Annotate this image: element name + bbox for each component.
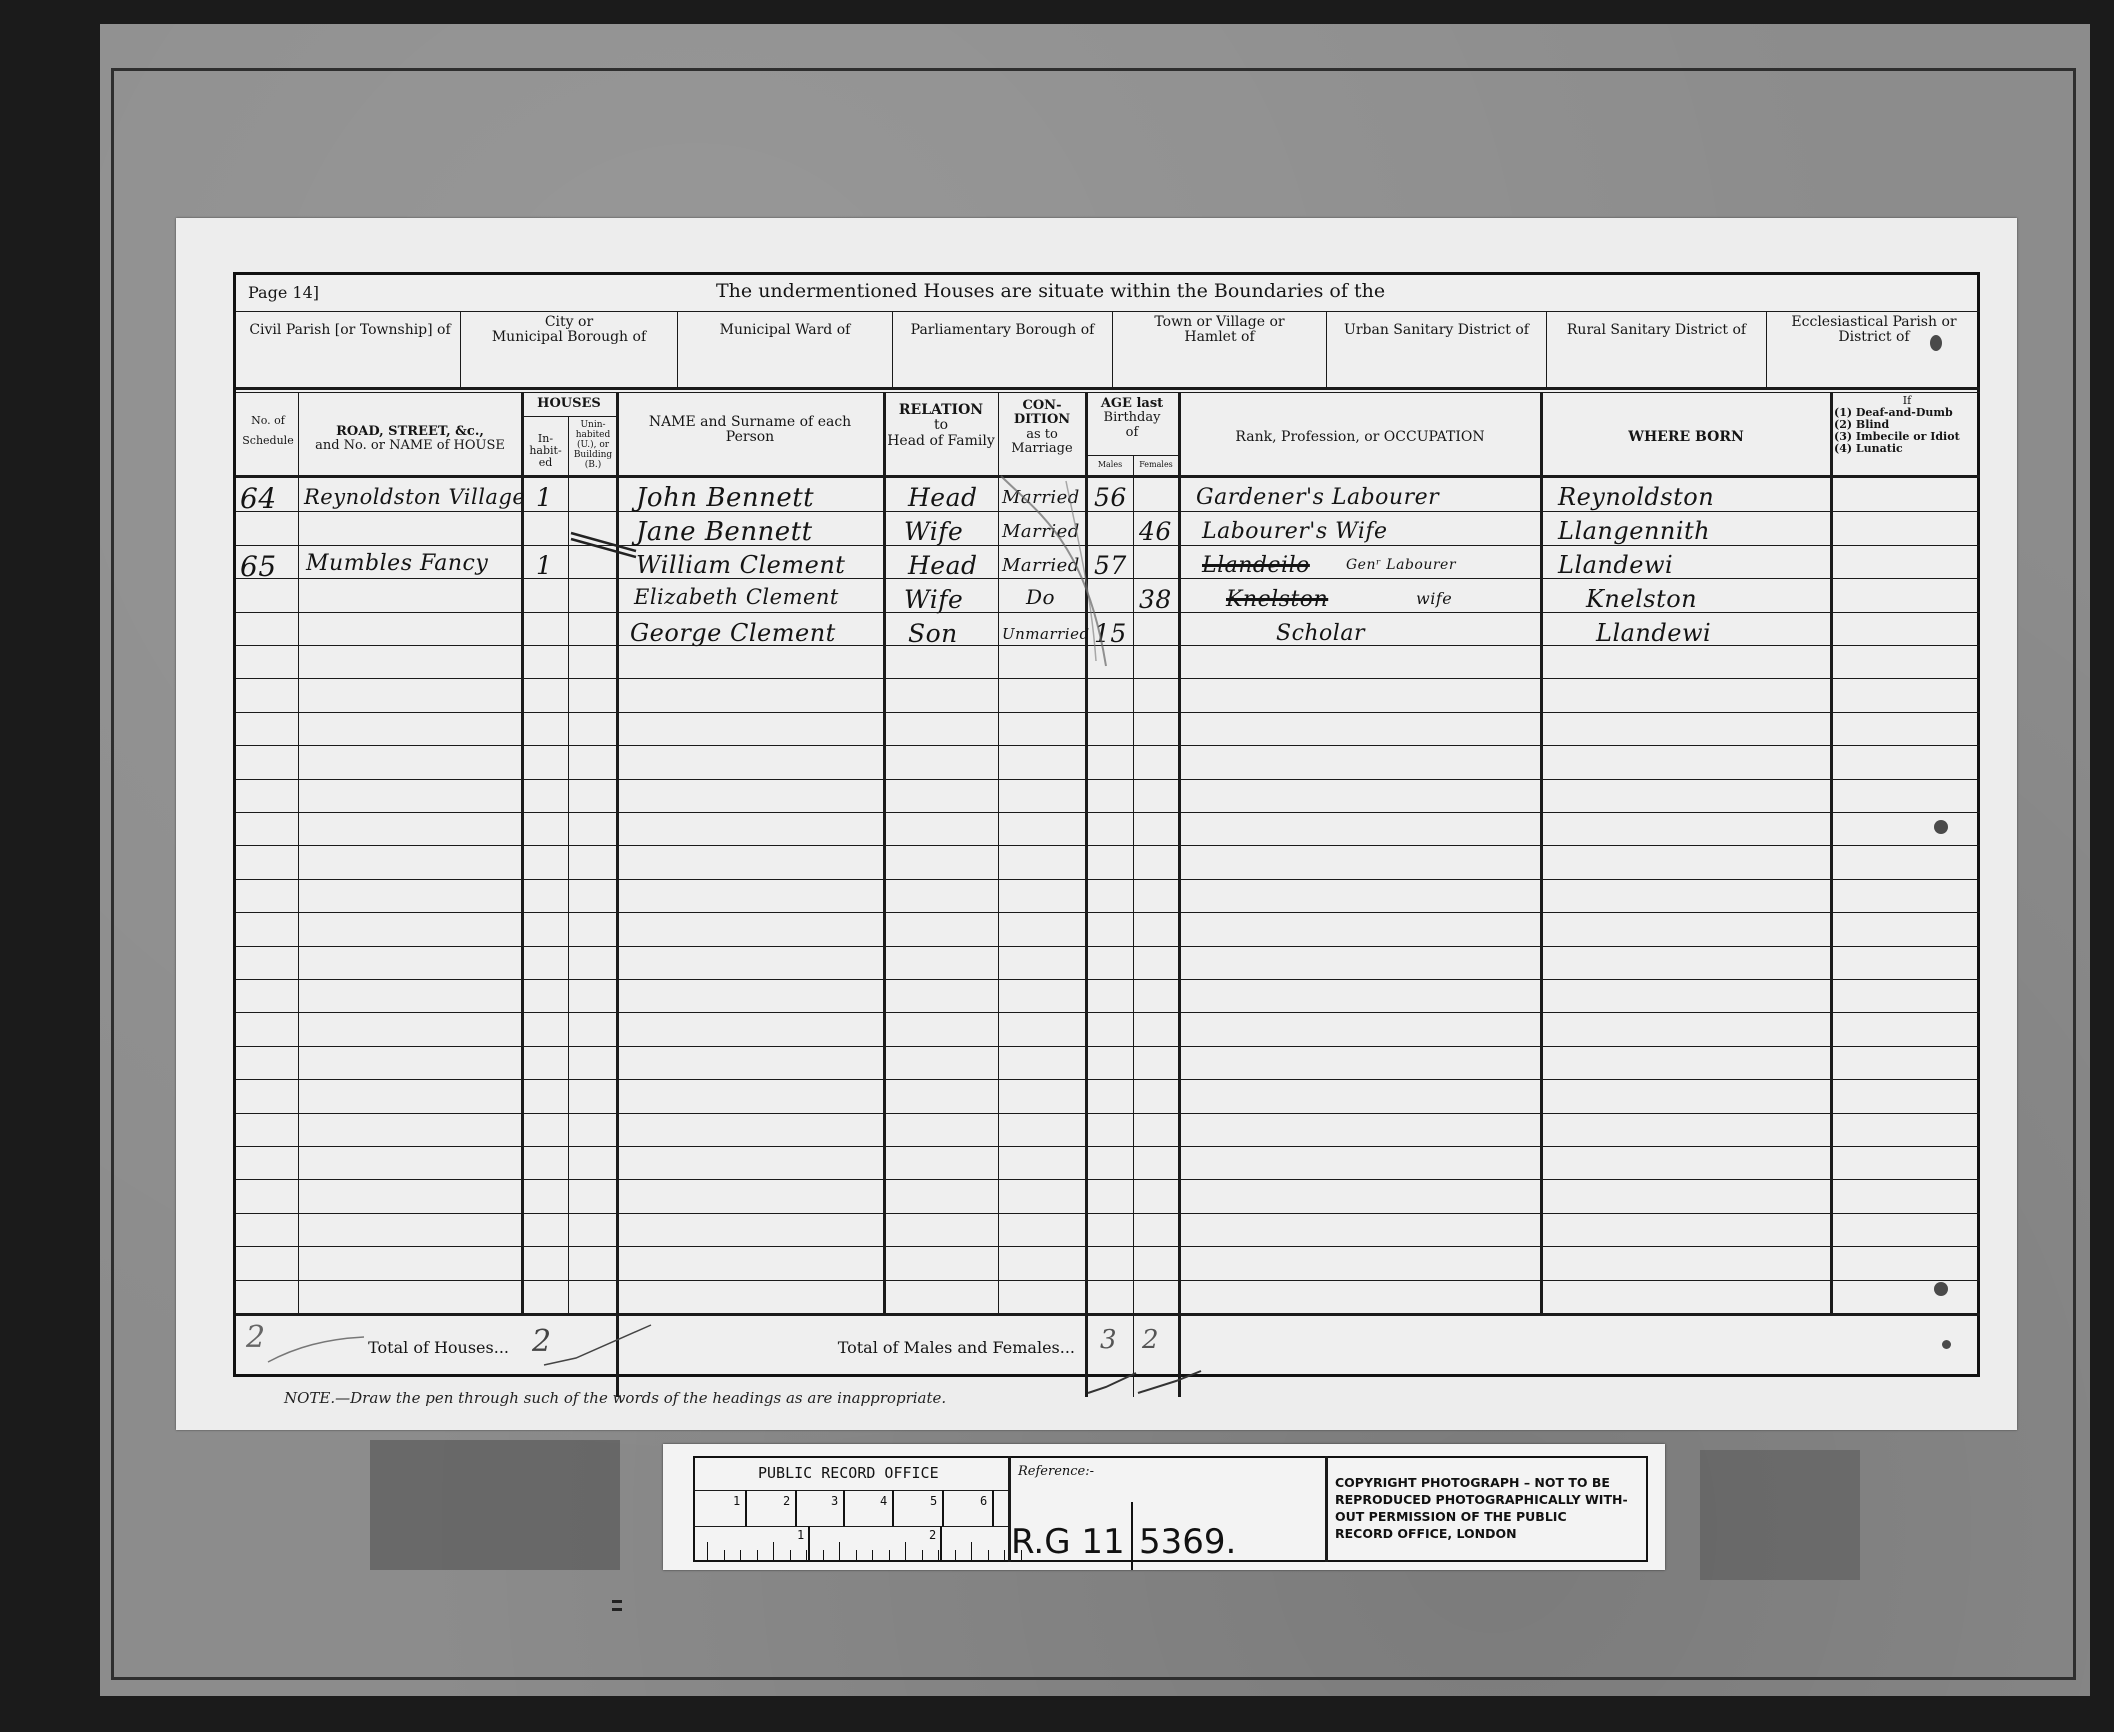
row-rule	[236, 712, 1980, 713]
ditto-marks	[566, 521, 646, 561]
board-mark	[612, 1608, 622, 1611]
occupation: Scholar	[1276, 623, 1365, 645]
row-rule	[236, 1246, 1980, 1247]
header-line: (B.)	[570, 461, 616, 471]
ruler-tick	[988, 1550, 989, 1562]
row-rule	[236, 1146, 1980, 1147]
scale-division	[992, 1490, 994, 1526]
occupation: Genʳ Labourer	[1346, 558, 1456, 572]
row-rule	[236, 1113, 1980, 1114]
total-houses-label: Total of Houses...	[368, 1339, 509, 1357]
copyright-notice: COPYRIGHT PHOTOGRAPH – NOT TO BE REPRODU…	[1335, 1474, 1628, 1542]
label-line: City or	[462, 315, 676, 330]
header-line: Schedule	[238, 435, 298, 447]
header-line: Head of Family	[885, 434, 997, 449]
road-name: Reynoldston Village	[304, 487, 525, 508]
relation: Head	[908, 553, 978, 578]
divider	[677, 311, 678, 389]
tally-stroke	[266, 1327, 366, 1367]
schedule-number: 64	[240, 485, 277, 513]
occupation: wife	[1416, 591, 1452, 607]
row-rule	[236, 1046, 1980, 1047]
birthplace: Knelston	[1586, 587, 1697, 611]
scale-division	[892, 1490, 894, 1526]
header-line: Birthday	[1087, 411, 1177, 425]
ruler-tick	[905, 1542, 906, 1562]
copyright-line: COPYRIGHT PHOTOGRAPH – NOT TO BE	[1335, 1474, 1628, 1491]
page-label: Page 14]	[248, 284, 319, 302]
relation: Head	[908, 485, 978, 510]
row-rule	[236, 779, 1980, 780]
row-rule	[236, 879, 1980, 880]
reference-series: R.G 11	[1011, 1522, 1125, 1562]
label-line: Municipal Borough of	[462, 330, 676, 345]
label-line: Ecclesiastical Parish or	[1768, 315, 1980, 330]
ruler-tick	[938, 1550, 939, 1562]
uninhabited-header: Unin- habited (U.), or Building (B.)	[570, 421, 616, 470]
parliamentary-borough-label: Parliamentary Borough of	[894, 323, 1111, 338]
scale-number: 2	[783, 1494, 790, 1508]
header-line: ROAD, STREET, &c.,	[300, 425, 520, 439]
birthplace: Llandewi	[1558, 553, 1673, 577]
ruler-tick	[856, 1550, 857, 1562]
row-rule	[236, 912, 1980, 913]
divider	[521, 392, 524, 1313]
ecclesiastical-parish-label: Ecclesiastical Parish or District of	[1768, 315, 1980, 346]
scale-number: 1	[733, 1494, 740, 1508]
relation: Wife	[904, 519, 963, 544]
occupation: Gardener's Labourer	[1196, 487, 1439, 509]
row-rule	[236, 745, 1980, 746]
age-header: AGE last Birthday of	[1087, 397, 1177, 440]
ruler-tick	[872, 1550, 873, 1562]
copyright-line: REPRODUCED PHOTOGRAPHICALLY WITH-	[1335, 1491, 1628, 1508]
birthplace: Llangennith	[1558, 519, 1710, 543]
males-header: Males	[1087, 461, 1133, 470]
header-line: to	[885, 418, 997, 433]
relation: Son	[908, 621, 958, 646]
divider	[1085, 455, 1178, 456]
ruler-tick	[806, 1550, 807, 1562]
board-stain	[1700, 1450, 1860, 1580]
scale-division	[808, 1526, 810, 1562]
rural-sanitary-label: Rural Sanitary District of	[1548, 323, 1765, 338]
header-line: No. of	[238, 415, 298, 427]
occupation-struck: Knelston	[1226, 589, 1328, 611]
occupation: Labourer's Wife	[1202, 521, 1388, 543]
copyright-line: RECORD OFFICE, LONDON	[1335, 1525, 1628, 1542]
office-name: PUBLIC RECORD OFFICE	[758, 1464, 939, 1482]
city-borough-label: City or Municipal Borough of	[462, 315, 676, 346]
header-line: Person	[618, 430, 882, 445]
person-name: John Bennett	[636, 485, 814, 511]
ruler-tick	[740, 1550, 741, 1562]
divider	[693, 1526, 1008, 1527]
archive-reference-label: PUBLIC RECORD OFFICE 1 2 3 4 5 6 1 2 Ref…	[663, 1444, 1665, 1570]
ruler-tick	[922, 1550, 923, 1562]
total-persons-label: Total of Males and Females...	[838, 1339, 1075, 1357]
ruler-tick	[790, 1550, 791, 1562]
tick-stroke	[1076, 1365, 1206, 1395]
name-header: NAME and Surname of each Person	[618, 415, 882, 446]
header-line: RELATION	[885, 403, 997, 418]
row-rule	[236, 845, 1980, 846]
header-line: CON-	[1000, 399, 1084, 413]
condition-header: CON- DITION as to Marriage	[1000, 399, 1084, 456]
board-mark	[612, 1600, 622, 1603]
paper-blemish	[1942, 1340, 1951, 1349]
divider	[1326, 311, 1327, 389]
divider	[693, 1490, 1008, 1491]
ruler-tick	[839, 1542, 840, 1562]
inhabited-count: 1	[536, 485, 552, 510]
ink-blot	[1930, 335, 1942, 351]
ruler-tick	[823, 1550, 824, 1562]
person-name: George Clement	[630, 621, 836, 645]
divider	[236, 311, 1980, 312]
municipal-ward-label: Municipal Ward of	[679, 323, 891, 338]
scale-number: 5	[930, 1494, 937, 1508]
road-header: ROAD, STREET, &c., and No. or NAME of HO…	[300, 425, 520, 454]
schedule-header: No. of Schedule	[238, 415, 298, 447]
females-header: Females	[1134, 461, 1178, 470]
road-name: Mumbles Fancy	[306, 553, 488, 575]
row-rule	[236, 678, 1980, 679]
divider	[1325, 1456, 1328, 1562]
paper-blemish	[1934, 1282, 1948, 1296]
where-born-header: WHERE BORN	[1542, 430, 1830, 445]
ruler-tick	[773, 1542, 774, 1562]
scale-number: 2	[929, 1528, 936, 1542]
divider	[236, 1313, 1980, 1316]
reference-slash	[1131, 1502, 1133, 1570]
divider	[298, 392, 299, 1313]
row-rule	[236, 1179, 1980, 1180]
row-rule	[236, 1012, 1980, 1013]
divider	[1766, 311, 1767, 389]
person-name: Jane Bennett	[636, 519, 813, 545]
divider	[460, 311, 461, 389]
occupation-struck: Llandeilo	[1202, 555, 1310, 577]
urban-sanitary-label: Urban Sanitary District of	[1328, 323, 1545, 338]
ruler-tick	[971, 1542, 972, 1562]
divider	[236, 387, 1980, 390]
relation-header: RELATION to Head of Family	[885, 403, 997, 449]
town-village-label: Town or Village or Hamlet of	[1114, 315, 1325, 346]
header-line: ed	[523, 457, 568, 469]
inhabited-header: In- habit- ed	[523, 433, 568, 469]
ruler-tick	[955, 1550, 956, 1562]
row-rule	[236, 946, 1980, 947]
scale-division	[795, 1490, 797, 1526]
tick-stroke	[536, 1320, 656, 1370]
divider	[1830, 392, 1833, 1313]
header-line: NAME and Surname of each	[618, 415, 882, 430]
census-form: Page 14] The undermentioned Houses are s…	[233, 272, 1980, 1377]
birthplace: Reynoldston	[1558, 485, 1714, 509]
houses-header: HOUSES	[523, 397, 615, 411]
scale-number: 3	[831, 1494, 838, 1508]
total-males: 3	[1100, 1327, 1117, 1353]
scale-division	[745, 1490, 747, 1526]
row-rule	[236, 1280, 1980, 1281]
row-rule	[236, 979, 1980, 980]
board-stain	[370, 1440, 620, 1570]
label-line: Town or Village or	[1114, 315, 1325, 330]
divider	[1112, 311, 1113, 389]
paper-blemish	[1934, 820, 1948, 834]
civil-parish-label: Civil Parish [or Township] of	[242, 323, 458, 338]
relation: Wife	[904, 587, 963, 612]
label-line: Hamlet of	[1114, 330, 1325, 345]
scale-number: 1	[797, 1528, 804, 1542]
ruler-tick	[707, 1542, 708, 1562]
header-line: Marriage	[1000, 442, 1084, 456]
scale-number: 4	[880, 1494, 887, 1508]
header-line: of	[1087, 426, 1177, 440]
scale-division	[843, 1490, 845, 1526]
total-females: 2	[1142, 1327, 1159, 1353]
form-note: NOTE.—Draw the pen through such of the w…	[284, 1389, 946, 1407]
boundary-heading: The undermentioned Houses are situate wi…	[716, 281, 1385, 302]
label-line: District of	[1768, 330, 1980, 345]
header-line: AGE last	[1087, 397, 1177, 411]
scale-number: 6	[980, 1494, 987, 1508]
header-line: DITION	[1000, 413, 1084, 427]
infirmity-header: If (1) Deaf-and-Dumb (2) Blind (3) Imbec…	[1834, 395, 1980, 455]
birthplace: Llandewi	[1596, 621, 1711, 645]
occupation-header: Rank, Profession, or OCCUPATION	[1180, 430, 1540, 445]
row-rule	[236, 1213, 1980, 1214]
divider	[236, 392, 1980, 393]
person-name: Elizabeth Clement	[634, 587, 839, 608]
header-line: as to	[1000, 428, 1084, 442]
divider	[883, 392, 886, 1313]
inhabited-count: 1	[536, 553, 552, 578]
divider	[892, 311, 893, 389]
reference-piece: 5369.	[1139, 1522, 1236, 1562]
age-female: 38	[1139, 587, 1172, 612]
header-line: and No. or NAME of HOUSE	[300, 439, 520, 453]
ruler-tick	[1004, 1550, 1005, 1562]
pencil-stroke	[996, 471, 1136, 671]
person-name: William Clement	[636, 553, 845, 577]
row-rule	[236, 1079, 1980, 1080]
age-female: 46	[1139, 519, 1172, 544]
schedule-tally: 2	[246, 1323, 266, 1353]
schedule-number: 65	[240, 553, 277, 581]
reference-label: Reference:-	[1018, 1464, 1094, 1479]
divider	[1540, 392, 1543, 1313]
divider	[521, 416, 616, 417]
scale-division	[940, 1526, 942, 1562]
ruler-tick	[724, 1550, 725, 1562]
ruler-tick	[757, 1550, 758, 1562]
copyright-line: OUT PERMISSION OF THE PUBLIC	[1335, 1508, 1628, 1525]
header-line: (4) Lunatic	[1834, 443, 1980, 455]
ruler-tick	[889, 1550, 890, 1562]
scale-division	[942, 1490, 944, 1526]
row-rule	[236, 812, 1980, 813]
divider	[1546, 311, 1547, 389]
